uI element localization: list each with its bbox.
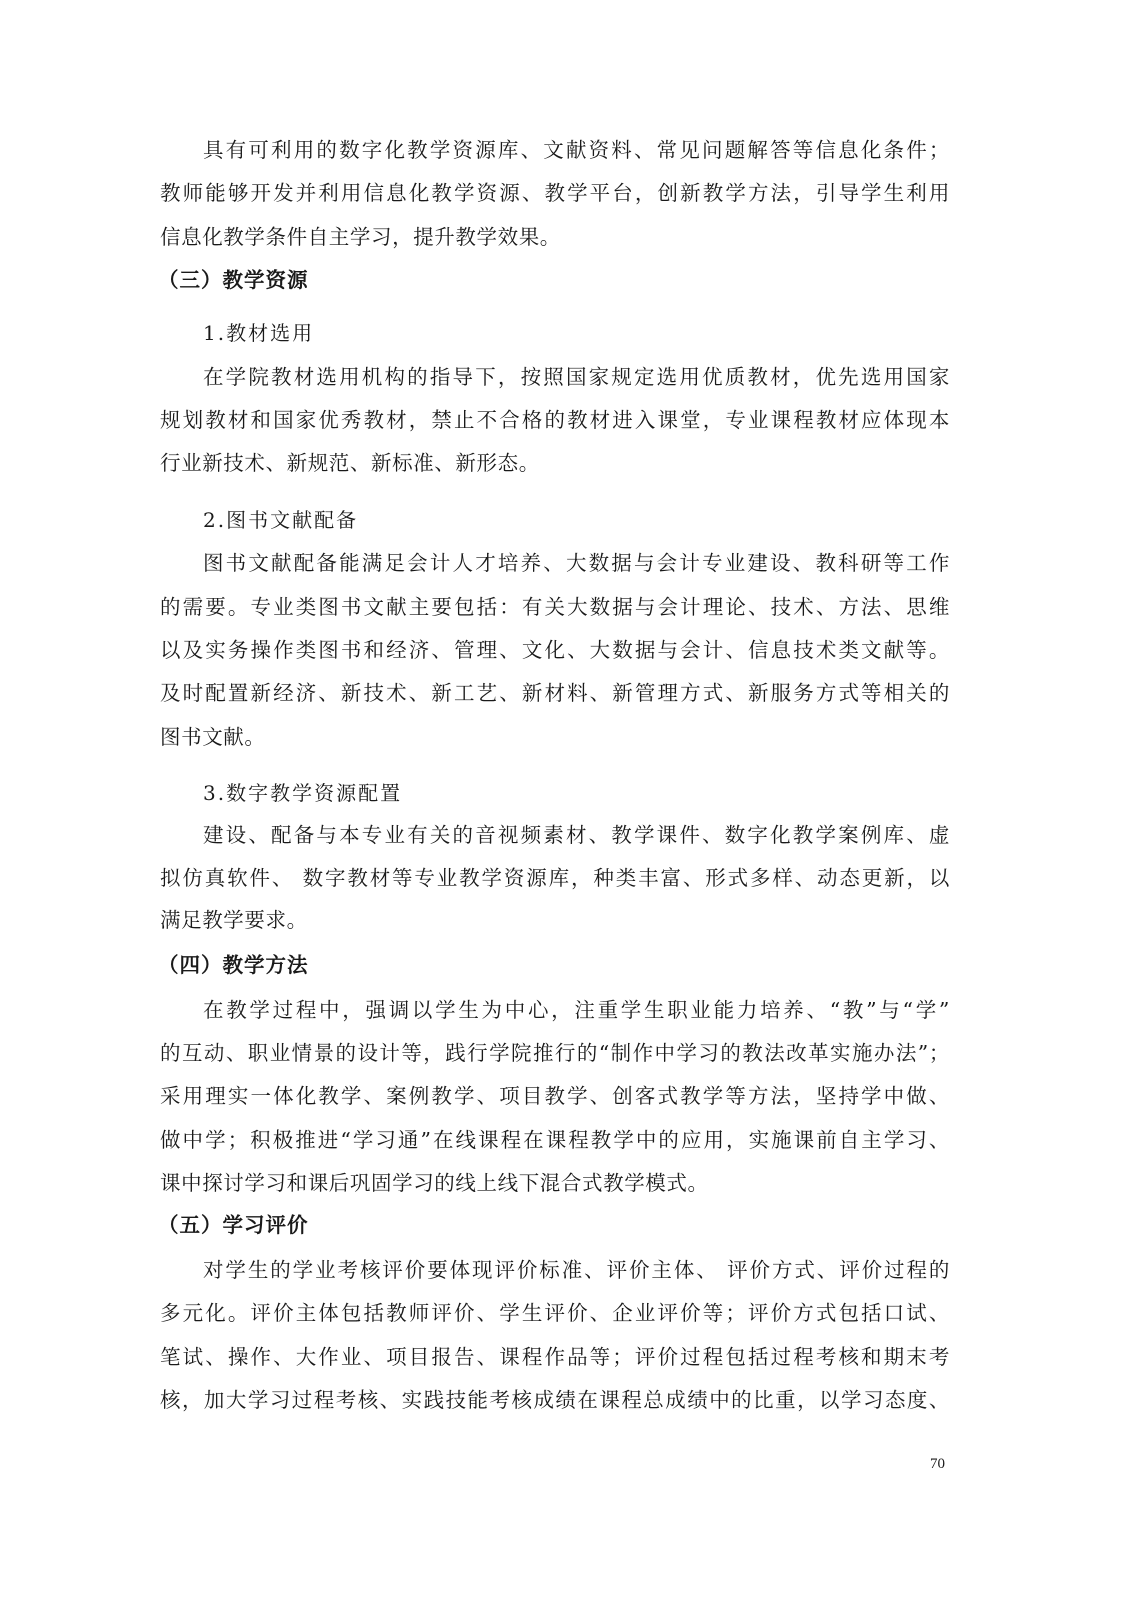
section-heading: （三）教学资源 [158, 266, 948, 294]
paragraph-line: 及时配置新经济、新技术、新工艺、新材料、新管理方式、新服务方式等相关的 [160, 679, 950, 707]
paragraph-line: 规划教材和国家优秀教材，禁止不合格的教材进入课堂，专业课程教材应体现本 [160, 406, 950, 434]
paragraph-line: 的互动、职业情景的设计等，践行学院推行的“制作中学习的教法改革实施办法”； [160, 1039, 950, 1067]
paragraph-line: 核，加大学习过程考核、实践技能考核成绩在课程总成绩中的比重，以学习态度、 [160, 1386, 950, 1414]
paragraph-line: 采用理实一体化教学、案例教学、项目教学、创客式教学等方法，坚持学中做、 [160, 1082, 950, 1110]
paragraph-line: 教师能够开发并利用信息化教学资源、教学平台，创新教学方法，引导学生利用 [160, 179, 950, 207]
subsection-heading: 3.数字教学资源配置 [203, 779, 993, 807]
paragraph-line: 拟仿真软件、 数字教材等专业教学资源库，种类丰富、形式多样、动态更新，以 [160, 864, 950, 892]
paragraph-line: 在学院教材选用机构的指导下，按照国家规定选用优质教材，优先选用国家 [203, 363, 950, 391]
paragraph-line: 在教学过程中，强调以学生为中心，注重学生职业能力培养、“教”与“学” [203, 996, 950, 1024]
paragraph-line: 图书文献配备能满足会计人才培养、大数据与会计专业建设、教科研等工作 [203, 549, 950, 577]
page-number: 70 [930, 1456, 945, 1473]
paragraph-line: 做中学；积极推进“学习通”在线课程在课程教学中的应用，实施课前自主学习、 [160, 1126, 950, 1154]
paragraph-line: 对学生的学业考核评价要体现评价标准、评价主体、 评价方式、评价过程的 [203, 1256, 950, 1284]
paragraph-line: 建设、配备与本专业有关的音视频素材、教学课件、数字化教学案例库、虚 [203, 821, 950, 849]
subsection-heading: 1.教材选用 [203, 319, 993, 347]
paragraph-line: 课中探讨学习和课后巩固学习的线上线下混合式教学模式。 [160, 1169, 950, 1197]
paragraph-line: 笔试、操作、大作业、项目报告、课程作品等；评价过程包括过程考核和期末考 [160, 1343, 950, 1371]
section-heading: （五）学习评价 [158, 1211, 948, 1239]
section-heading: （四）教学方法 [158, 951, 948, 979]
paragraph-line: 行业新技术、新规范、新标准、新形态。 [160, 449, 950, 477]
paragraph-line: 具有可利用的数字化教学资源库、文献资料、常见问题解答等信息化条件； [203, 136, 950, 164]
paragraph-line: 以及实务操作类图书和经济、管理、文化、大数据与会计、信息技术类文献等。 [160, 636, 950, 664]
paragraph-line: 的需要。专业类图书文献主要包括：有关大数据与会计理论、技术、方法、思维 [160, 593, 950, 621]
paragraph-line: 信息化教学条件自主学习，提升教学效果。 [160, 223, 950, 251]
paragraph-line: 满足教学要求。 [160, 906, 950, 934]
paragraph-line: 图书文献。 [160, 723, 950, 751]
subsection-heading: 2.图书文献配备 [203, 506, 993, 534]
paragraph-line: 多元化。评价主体包括教师评价、学生评价、企业评价等；评价方式包括口试、 [160, 1299, 950, 1327]
